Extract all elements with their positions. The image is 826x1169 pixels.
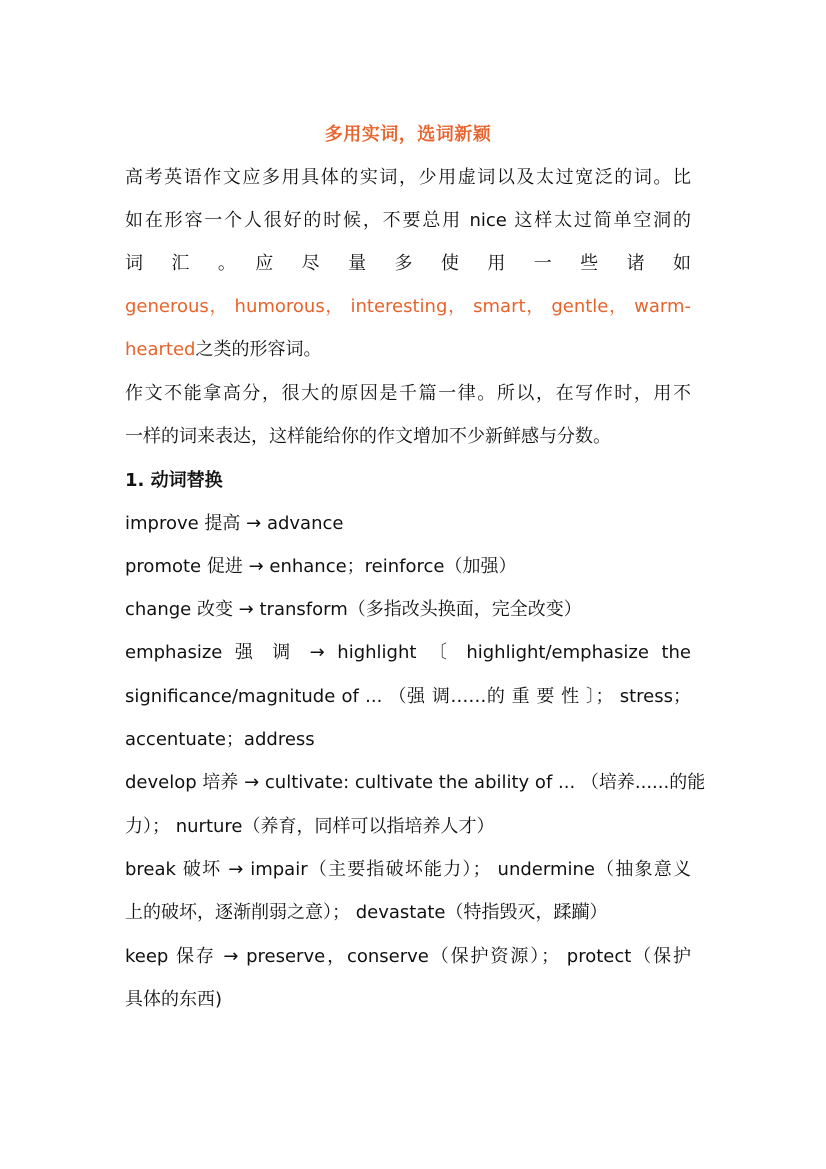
verb-line: improve 提高 → advance: [125, 511, 691, 537]
verb-line: promote 促进 → enhance；reinforce（加强）: [125, 554, 691, 580]
verb-line: 具体的东西): [125, 987, 691, 1013]
intro-line-1: 高考英语作文应多用具体的实词，少用虚词以及太过宽泛的词。比: [125, 165, 691, 191]
verb-line: keep 保存 → preserve，conserve（保护资源）； prote…: [125, 944, 691, 970]
verb-line: develop 培养 → cultivate: cultivate the ab…: [125, 770, 691, 796]
verb-line: break 破坏 → impair（主要指破坏能力）； undermine（抽象…: [125, 857, 691, 883]
section-heading: 1. 动词替换: [125, 468, 691, 494]
adjective-examples: generous， humorous， interesting， smart， …: [125, 294, 691, 320]
page-title: 多用实词，选词新颖: [125, 120, 691, 146]
para2-line-2: 一样的词来表达，这样能给你的作文增加不少新鲜感与分数。: [125, 424, 691, 450]
verb-line: accentuate；address: [125, 727, 691, 753]
verb-line: change 改变 → transform（多指改头换面，完全改变）: [125, 597, 691, 623]
verb-line: 力）； nurture（养育，同样可以指培养人才）: [125, 814, 691, 840]
para2-line-1: 作文不能拿高分，很大的原因是千篇一律。所以，在写作时，用不: [125, 381, 691, 407]
intro-line-2: 如在形容一个人很好的时候，不要总用 nice 这样太过简单空洞的: [125, 208, 691, 234]
verb-line: significance/magnitude of ... （强 调……的 重 …: [125, 684, 691, 710]
intro-line-5: hearted之类的形容词。: [125, 337, 691, 363]
intro-line-3: 词 汇 。 应 尽 量 多 使 用 一 些 诸 如: [125, 251, 691, 277]
adjective-example-cont: hearted: [125, 339, 195, 360]
intro-line-5-tail: 之类的形容词。: [195, 339, 321, 360]
verb-line: emphasize 强 调 → highlight 〔 highlight/em…: [125, 640, 691, 666]
verb-line: 上的破坏，逐渐削弱之意）； devastate（特指毁灭，蹂躏）: [125, 900, 691, 926]
